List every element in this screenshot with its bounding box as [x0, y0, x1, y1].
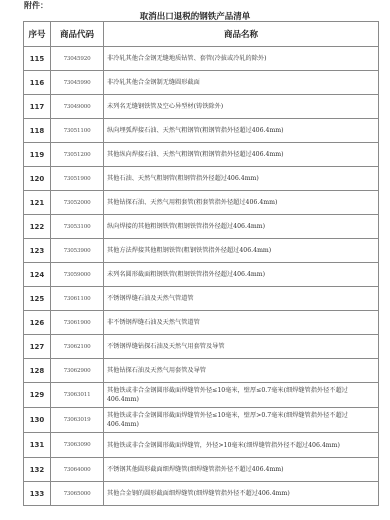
row-product-code: 73061900 — [51, 311, 104, 335]
table-row: 11673045990非冷轧其他合金钢制无缝圆形截面 — [24, 71, 379, 95]
row-serial-no: 128 — [24, 359, 51, 383]
row-product-code: 73053100 — [51, 215, 104, 239]
table-row: 11873051100纵向埋弧焊接石油、天然气粗钢管(粗钢管指外径超过406.4… — [24, 119, 379, 143]
row-product-name: 其他纵向焊接石油、天然气粗钢管(粗钢管指外径超过406.4mm) — [104, 143, 379, 167]
row-product-code: 73051100 — [51, 119, 104, 143]
table-row: 13073063019其他铁或非合金钢圆形截面焊缝管外径≤10毫米，壁厚>0.7… — [24, 408, 379, 433]
table-row: 13373065000其他合金钢的圆形截面细焊缝管(细焊缝管指外径不超过406.… — [24, 482, 379, 506]
row-product-code: 73063011 — [51, 383, 104, 408]
row-serial-no: 127 — [24, 335, 51, 359]
row-serial-no: 123 — [24, 239, 51, 263]
row-product-name: 不锈钢焊缝钻探石油及天然气用套管及导管 — [104, 335, 379, 359]
row-serial-no: 119 — [24, 143, 51, 167]
row-serial-no: 117 — [24, 95, 51, 119]
table-row: 12073051900其他石油、天然气粗钢管(粗钢管指外径超过406.4mm) — [24, 167, 379, 191]
row-serial-no: 116 — [24, 71, 51, 95]
row-serial-no: 133 — [24, 482, 51, 506]
row-product-code: 73061100 — [51, 287, 104, 311]
table-row: 13273064000不锈钢其他圆形截面细焊缝管(细焊缝管指外径不超过406.4… — [24, 458, 379, 482]
row-serial-no: 131 — [24, 433, 51, 458]
row-serial-no: 125 — [24, 287, 51, 311]
table-row: 12473059000未列名圆形截面粗钢铁管(粗钢铁管指外径超过406.4mm) — [24, 263, 379, 287]
row-serial-no: 118 — [24, 119, 51, 143]
row-product-name: 其他石油、天然气粗钢管(粗钢管指外径超过406.4mm) — [104, 167, 379, 191]
row-product-code: 73045920 — [51, 47, 104, 71]
row-product-name: 非不锈钢焊缝石油及天然气管道管 — [104, 311, 379, 335]
header-product-code: 商品代码 — [51, 22, 104, 47]
row-product-code: 73049000 — [51, 95, 104, 119]
row-serial-no: 126 — [24, 311, 51, 335]
row-product-code: 73045990 — [51, 71, 104, 95]
row-product-code: 73064000 — [51, 458, 104, 482]
row-product-code: 73053900 — [51, 239, 104, 263]
table-row: 11973051200其他纵向焊接石油、天然气粗钢管(粗钢管指外径超过406.4… — [24, 143, 379, 167]
table-row: 12373053900其他方法焊接其他粗钢铁管(粗钢铁管指外径超过406.4mm… — [24, 239, 379, 263]
table-row: 11573045920非冷轧其他合金钢无缝地质钻管、套管(冷拔或冷轧的除外) — [24, 47, 379, 71]
row-product-code: 73065000 — [51, 482, 104, 506]
row-serial-no: 122 — [24, 215, 51, 239]
row-product-name: 其他钻探石油、天然气用粗套管(粗套管指外径超过406.4mm) — [104, 191, 379, 215]
row-product-code: 73051200 — [51, 143, 104, 167]
row-product-name: 其他钻探石油及天然气用套管及导管 — [104, 359, 379, 383]
row-product-name: 其他合金钢的圆形截面细焊缝管(细焊缝管指外径不超过406.4mm) — [104, 482, 379, 506]
row-product-code: 73063019 — [51, 408, 104, 433]
table-row: 12873062900其他钻探石油及天然气用套管及导管 — [24, 359, 379, 383]
row-product-name: 非冷轧其他合金钢无缝地质钻管、套管(冷拔或冷轧的除外) — [104, 47, 379, 71]
row-product-name: 未列名圆形截面粗钢铁管(粗钢铁管指外径超过406.4mm) — [104, 263, 379, 287]
row-product-name: 其他铁或非合金钢圆形截面焊缝管，外径>10毫米(细焊缝管指外径不超过406.4m… — [104, 433, 379, 458]
row-serial-no: 132 — [24, 458, 51, 482]
header-product-name: 商品名称 — [104, 22, 379, 47]
row-serial-no: 120 — [24, 167, 51, 191]
table-row: 12273053100纵向焊接的其他粗钢铁管(粗钢铁管指外径超过406.4mm) — [24, 215, 379, 239]
row-serial-no: 124 — [24, 263, 51, 287]
header-serial-no: 序号 — [24, 22, 51, 47]
row-product-name: 非冷轧其他合金钢制无缝圆形截面 — [104, 71, 379, 95]
row-product-name: 其他铁或非合金钢圆形截面焊缝管外径≤10毫米，壁厚≤0.7毫米(细焊缝管指外径不… — [104, 383, 379, 408]
row-product-name: 未列名无缝钢铁管及空心异型材(铸铁除外) — [104, 95, 379, 119]
row-product-name: 纵向埋弧焊接石油、天然气粗钢管(粗钢管指外径超过406.4mm) — [104, 119, 379, 143]
table-row: 11773049000未列名无缝钢铁管及空心异型材(铸铁除外) — [24, 95, 379, 119]
table-row: 12773062100不锈钢焊缝钻探石油及天然气用套管及导管 — [24, 335, 379, 359]
table-row: 12573061100不锈钢焊缝石油及天然气管道管 — [24, 287, 379, 311]
row-product-code: 73062900 — [51, 359, 104, 383]
row-product-name: 其他方法焊接其他粗钢铁管(粗钢铁管指外径超过406.4mm) — [104, 239, 379, 263]
row-product-code: 73059000 — [51, 263, 104, 287]
row-serial-no: 130 — [24, 408, 51, 433]
row-product-name: 其他铁或非合金钢圆形截面焊缝管外径≤10毫米，壁厚>0.7毫米(细焊缝管指外径不… — [104, 408, 379, 433]
table-row: 12973063011其他铁或非合金钢圆形截面焊缝管外径≤10毫米，壁厚≤0.7… — [24, 383, 379, 408]
table-row: 13173063090其他铁或非合金钢圆形截面焊缝管，外径>10毫米(细焊缝管指… — [24, 433, 379, 458]
table-header-row: 序号 商品代码 商品名称 — [24, 22, 379, 47]
row-serial-no: 129 — [24, 383, 51, 408]
row-product-code: 73051900 — [51, 167, 104, 191]
row-product-code: 73052000 — [51, 191, 104, 215]
row-serial-no: 121 — [24, 191, 51, 215]
row-product-name: 纵向焊接的其他粗钢铁管(粗钢铁管指外径超过406.4mm) — [104, 215, 379, 239]
row-product-code: 73063090 — [51, 433, 104, 458]
table-row: 12673061900非不锈钢焊缝石油及天然气管道管 — [24, 311, 379, 335]
row-product-name: 不锈钢其他圆形截面细焊缝管(细焊缝管指外径不超过406.4mm) — [104, 458, 379, 482]
steel-products-table: 序号 商品代码 商品名称 11573045920非冷轧其他合金钢无缝地质钻管、套… — [23, 21, 379, 506]
row-product-code: 73062100 — [51, 335, 104, 359]
table-row: 12173052000其他钻探石油、天然气用粗套管(粗套管指外径超过406.4m… — [24, 191, 379, 215]
row-serial-no: 115 — [24, 47, 51, 71]
row-product-name: 不锈钢焊缝石油及天然气管道管 — [104, 287, 379, 311]
